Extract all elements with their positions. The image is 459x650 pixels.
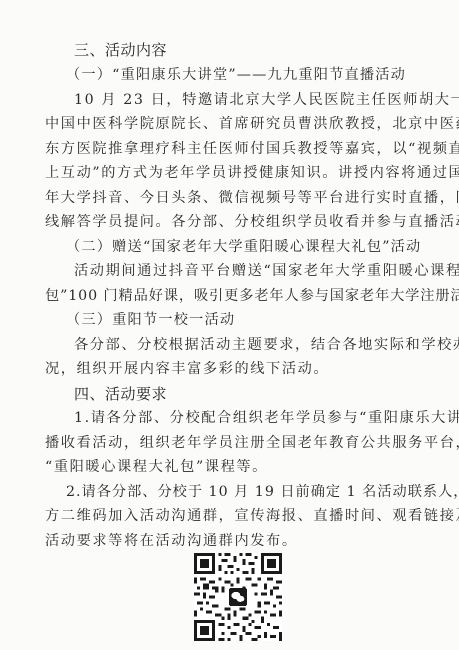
paragraph-line: 年大学抖音、今日头条、微信视频号等平台进行实时直播，同时在 bbox=[45, 188, 417, 208]
paragraph-line: 线解答学员提问。各分部、分校组织学员收看并参与直播活动。 bbox=[45, 212, 417, 232]
subheading-lecture-livestream: （一）“重阳康乐大讲堂”——九九重阳节直播活动 bbox=[66, 65, 438, 85]
paragraph-line: 各分部、分校根据活动主题要求，结合各地实际和学校办学情 bbox=[74, 335, 446, 355]
paragraph-line: 活动期间通过抖音平台赠送“国家老年大学重阳暖心课程大礼 bbox=[74, 261, 446, 281]
paragraph-line: 中国中医科学院原院长、首席研究员曹洪欣教授，北京中医药大学 bbox=[45, 114, 417, 134]
section-heading-activity-content: 三、活动内容 bbox=[74, 40, 446, 60]
wechat-qr-code[interactable] bbox=[194, 553, 282, 641]
subheading-course-gift-pack: （二）赠送“国家老年大学重阳暖心课程大礼包”活动 bbox=[66, 237, 438, 257]
paragraph-line: 包”100 门精品好课，吸引更多老年人参与国家老年大学注册活动。 bbox=[45, 286, 417, 306]
document-page: 三、活动内容 （一）“重阳康乐大讲堂”——九九重阳节直播活动 10 月 23 日… bbox=[0, 0, 459, 650]
paragraph-line: 10 月 23 日，特邀请北京大学人民医院主任医师胡大一教授， bbox=[74, 90, 446, 110]
paragraph-line: 1.请各分部、分校配合组织老年学员参与“重阳康乐大讲堂”直 bbox=[74, 408, 446, 428]
paragraph-line: 2.请各分部、分校于 10 月 19 日前确定 1 名活动联系人，扫描下 bbox=[66, 482, 438, 502]
paragraph-line: 方二维码加入活动沟通群，宣传海报、直播时间、观看链接及有关 bbox=[45, 506, 417, 526]
paragraph-line: 活动要求等将在活动沟通群内发布。 bbox=[45, 531, 417, 551]
paragraph-line: 播收看活动，组织老年学员注册全国老年教育公共服务平台，推广 bbox=[45, 433, 417, 453]
subheading-one-school-one-activity: （三）重阳节一校一活动 bbox=[66, 310, 438, 330]
paragraph-line: 况，组织开展内容丰富多彩的线下活动。 bbox=[45, 359, 417, 379]
section-heading-activity-requirements: 四、活动要求 bbox=[74, 384, 446, 404]
paragraph-line: “重阳暖心课程大礼包”课程等。 bbox=[45, 457, 417, 477]
paragraph-line: 东方医院推拿理疗科主任医师付国兵教授等嘉宾，以“视频直播+线 bbox=[45, 139, 417, 159]
paragraph-line: 上互动”的方式为老年学员讲授健康知识。讲授内容将通过国家老 bbox=[45, 163, 417, 183]
